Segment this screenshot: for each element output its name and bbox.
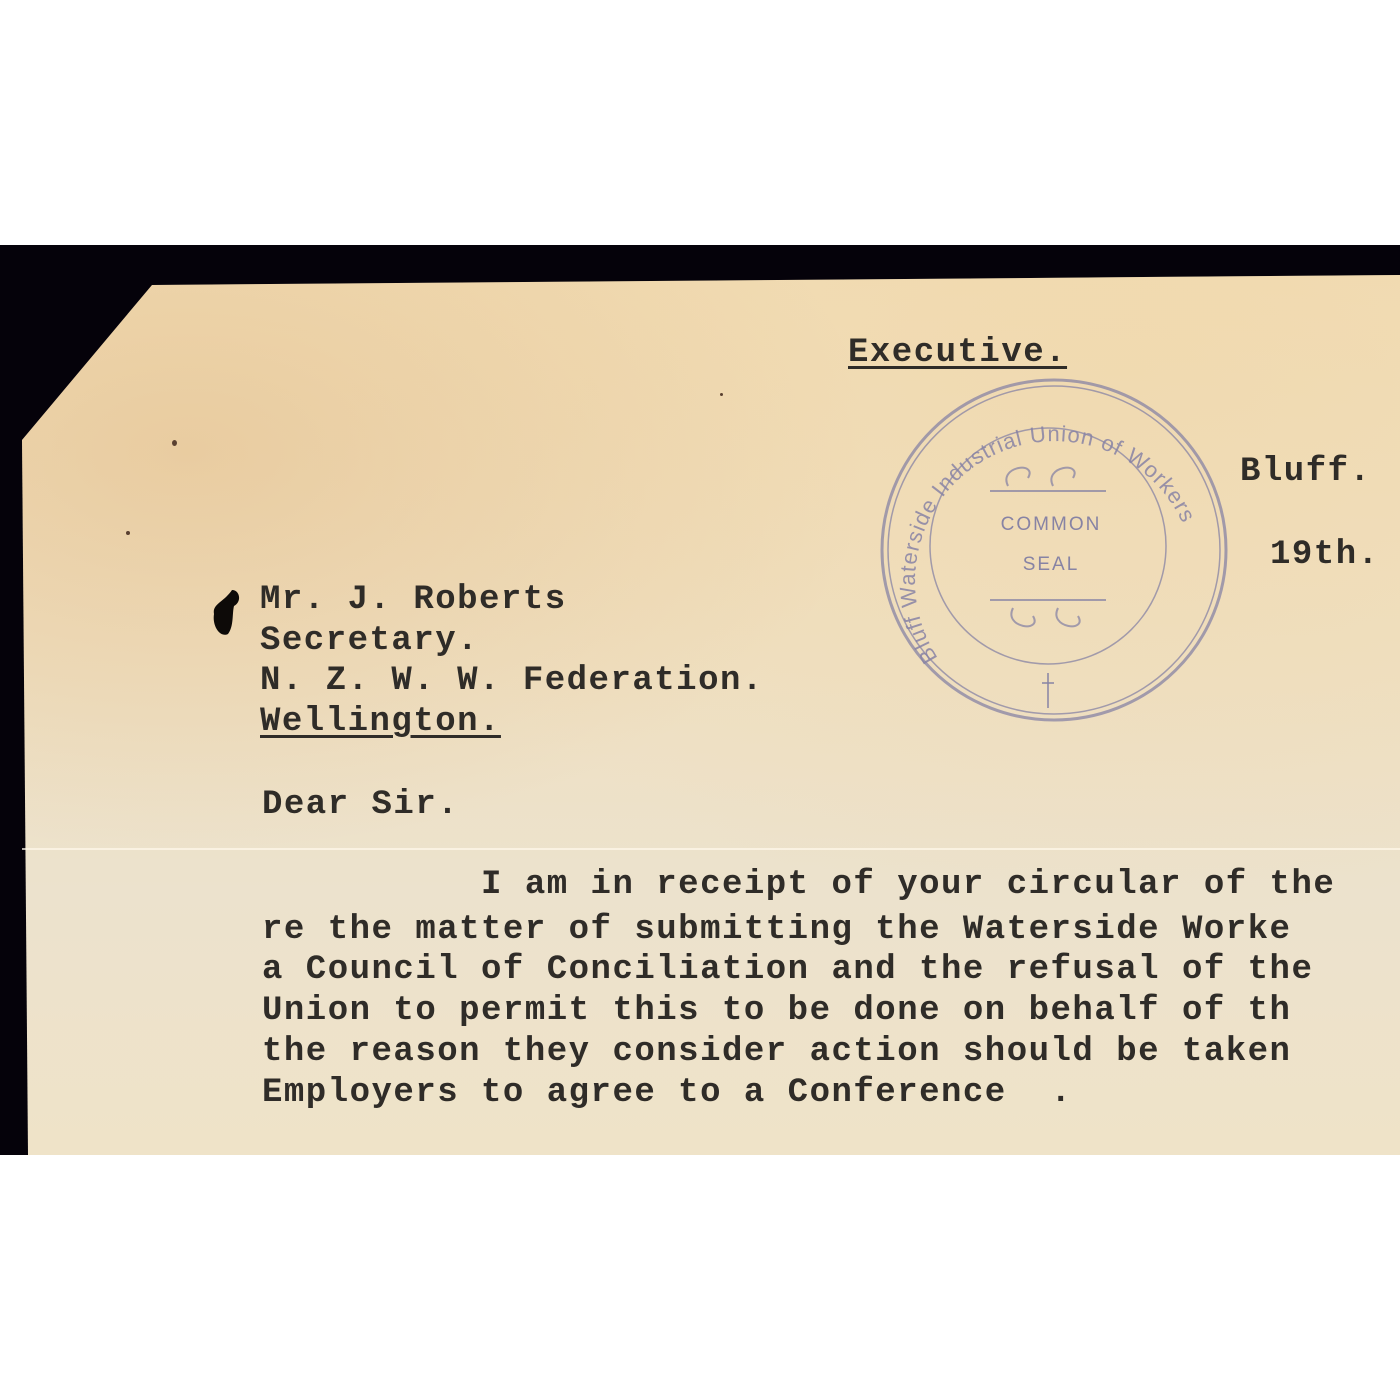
common-seal-stamp: Bluff Waterside Industrial Union of Work… (878, 378, 1230, 728)
recipient-city: Wellington. (260, 702, 501, 743)
body-line: Union to permit this to be done on behal… (262, 991, 1291, 1032)
letter-date: 19th. (1270, 535, 1380, 576)
body-line: Employers to agree to a Conference . (262, 1073, 1072, 1114)
ink-blot-mark (210, 588, 246, 638)
recipient-organization: N. Z. W. W. Federation. (260, 661, 764, 702)
body-line: I am in receipt of your circular of the (262, 865, 1335, 906)
letter-place: Bluff. (1240, 452, 1371, 493)
recipient-title: Secretary. (260, 621, 479, 662)
seal-common-text: COMMON (1001, 514, 1102, 535)
body-line: re the matter of submitting the Watersid… (262, 910, 1291, 951)
body-line: a Council of Conciliation and the refusa… (262, 950, 1313, 991)
seal-seal-text: SEAL (1023, 554, 1080, 575)
paper-speck (126, 531, 130, 535)
salutation: Dear Sir. (262, 785, 459, 826)
paper-fold-line (22, 848, 1400, 850)
paper-speck (172, 440, 177, 446)
recipient-name: Mr. J. Roberts (260, 580, 567, 621)
svg-text:Bluff Waterside Industrial Uni: Bluff Waterside Industrial Union of Work… (895, 421, 1201, 668)
letter-heading: Executive. (848, 333, 1067, 374)
body-line: the reason they consider action should b… (262, 1032, 1291, 1073)
paper-speck (720, 393, 723, 396)
